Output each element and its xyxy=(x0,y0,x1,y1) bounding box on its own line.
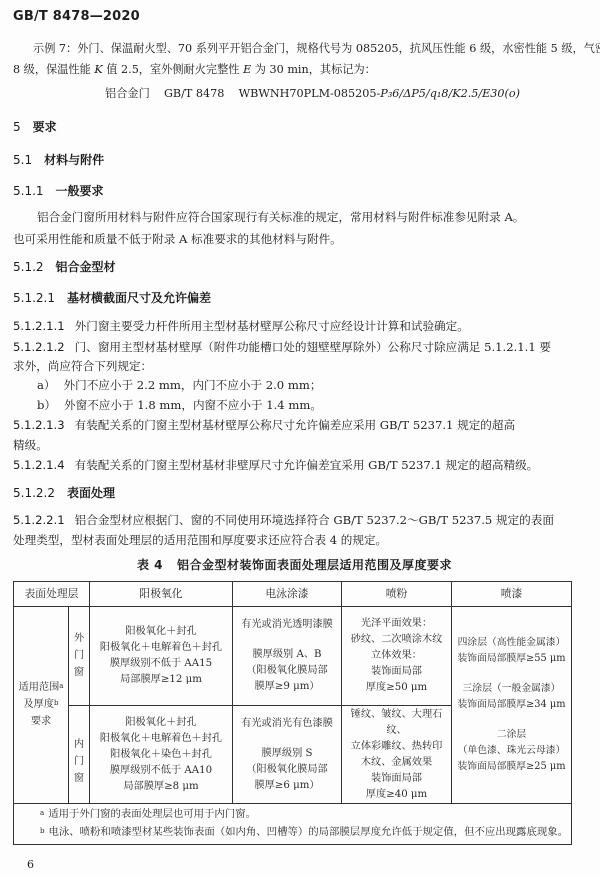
cell-line: 锤纹、皱纹、大理石纹、 xyxy=(342,707,451,739)
header-electrophoretic: 电泳涂漆 xyxy=(233,582,341,606)
cell-line: 装饰面局部膜厚≥34 μm xyxy=(457,697,565,713)
clause-number: 5.1.2.1.4 xyxy=(13,458,65,472)
outer-anodizing-cell: 阳极氧化＋封孔 阳极氧化＋电解着色＋封孔 膜厚级别不低于 AA15 局部膜厚≥1… xyxy=(90,606,232,705)
outer-window-label: 外 门 窗 xyxy=(69,606,89,705)
header-powder: 喷粉 xyxy=(342,582,451,606)
table-4-caption: 表 4铝合金型材装饰面表面处理层适用范围及厚度要求 xyxy=(137,556,452,573)
clause-5-1-2-1-1: 5.1.2.1.1外门窗主要受力杆件所用主型材基材壁厚公称尺寸应经设计计算和试验… xyxy=(13,318,469,334)
cell-line: 膜厚级别 A、B xyxy=(252,647,321,663)
footnote-ref: b xyxy=(54,699,58,707)
standard-id-header: GB/T 8478—2020 xyxy=(13,9,140,24)
example-text: 8 级，保温性能 xyxy=(13,63,94,76)
label-char: 外 xyxy=(74,630,84,647)
label-text: 及厚度 xyxy=(23,699,54,710)
section-title: 铝合金型材 xyxy=(56,260,116,274)
clause-number: 5.1.2.1.1 xyxy=(13,319,65,333)
list-text: 外门不应小于 2.2 mm，内门不应小于 2.0 mm； xyxy=(64,378,322,392)
list-label: a） xyxy=(37,378,56,392)
section-title: 基材横截面尺寸及允许偏差 xyxy=(67,291,211,305)
label-char: 窗 xyxy=(74,770,84,787)
section-number: 5.1.1 xyxy=(13,184,44,198)
header-paint: 喷漆 xyxy=(452,582,571,606)
clause-5-1-2-1-3-line-2: 精级。 xyxy=(13,437,48,453)
cell-line: （阳极氧化膜局部 xyxy=(246,762,328,778)
row-group-label-line: 及厚度b xyxy=(23,696,58,713)
cell-line: 阳极氧化＋电解着色＋封孔 xyxy=(100,640,222,656)
cell-line: 木纹、金属效果 xyxy=(361,755,432,771)
clause-text: 外门窗主要受力杆件所用主型材基材壁厚公称尺寸应经设计计算和试验确定。 xyxy=(75,319,469,333)
section-number: 5 xyxy=(13,120,21,134)
cell-line: 局部膜厚≥12 μm xyxy=(120,672,202,688)
clause-number: 5.1.2.1.3 xyxy=(13,418,65,432)
section-number: 5.1 xyxy=(13,153,32,167)
example-text: 为 30 min，其标记为： xyxy=(251,63,376,76)
section-number: 5.1.2 xyxy=(13,260,44,274)
cell-line: 装饰面局部 xyxy=(371,664,422,680)
example-line-2: 8 级，保温性能 K 值 2.5，室外侧耐火完整性 E 为 30 min，其标记… xyxy=(13,62,376,78)
cell-line: 厚度≥50 μm xyxy=(366,680,427,696)
clause-text: 有装配关系的门窗主型材基材非壁厚尺寸允许偏差宜采用 GB/T 5237.1 规定… xyxy=(75,458,539,472)
cell-line: 膜厚级别不低于 AA10 xyxy=(110,763,212,779)
cell-line: （阳极氧化膜局部 xyxy=(246,663,328,679)
footnote-mark: b xyxy=(40,827,44,835)
section-5-heading: 5要求 xyxy=(13,118,57,135)
clause-5-1-2-1-3: 5.1.2.1.3有装配关系的门窗主型材基材壁厚公称尺寸允许偏差应采用 GB/T… xyxy=(13,417,515,433)
section-5-1-heading: 5.1材料与附件 xyxy=(13,151,104,168)
footnote-ref: a xyxy=(59,682,63,690)
section-5-1-2-heading: 5.1.2铝合金型材 xyxy=(13,258,116,275)
outer-powder-cell: 光泽平面效果： 砂纹、二次喷涂木纹 立体效果： 装饰面局部 厚度≥50 μm xyxy=(342,606,451,705)
label-text: 适用范围 xyxy=(19,682,60,693)
section-title: 表面处理 xyxy=(67,486,115,500)
marking-code: P₃6/ΔP5/q₁8/K2.5/E30(o) xyxy=(380,87,520,100)
var-k: K xyxy=(94,63,102,76)
list-text: 外窗不应小于 1.8 mm，内窗不应小于 1.4 mm。 xyxy=(64,398,322,412)
footnote-b: b电泳、喷粉和喷漆型材某些装饰表面（如内角、凹槽等）的局部膜层厚度允许低于规定值… xyxy=(40,824,568,840)
clause-text: 铝合金型材应根据门、窗的不同使用环境选择符合 GB/T 5237.2～GB/T … xyxy=(75,513,554,527)
section-number: 5.1.2.1 xyxy=(13,291,55,305)
cell-line: 阳极氧化＋封孔 xyxy=(125,624,196,640)
list-label: b） xyxy=(37,398,56,412)
cell-line: 有光或消光透明漆膜 xyxy=(241,617,333,633)
clause-number: 5.1.2.2.1 xyxy=(13,513,65,527)
section-title: 材料与附件 xyxy=(44,153,104,167)
clause-5-1-2-1-2-line-2: 求外，尚应符合下列规定： xyxy=(13,358,152,374)
inner-anodizing-cell: 阳极氧化＋封孔 阳极氧化＋电解着色＋封孔 阳极氧化＋染色＋封孔 膜厚级别不低于 … xyxy=(90,706,232,803)
cell-line: 光泽平面效果： xyxy=(361,616,432,632)
label-text: 要求 xyxy=(31,713,51,730)
cell-line: 装饰面局部膜厚≥55 μm xyxy=(457,651,565,667)
clause-text: 门、窗用主型材基材壁厚（附件功能槽口处的翅壁壁厚除外）公称尺寸除应满足 5.1.… xyxy=(75,340,551,354)
page-number: 6 xyxy=(27,858,34,871)
clause-number: 5.1.2.1.2 xyxy=(13,340,65,354)
footnote-mark: a xyxy=(40,809,44,817)
example-text: 值 2.5，室外侧耐火完整性 xyxy=(103,63,243,76)
row-group-label-line: 适用范围a xyxy=(19,679,64,696)
cell-line: 膜厚≥6 μm） xyxy=(254,778,319,794)
clause-5-1-2-2-1-line-2: 处理类型，型材表面处理层的适用范围和厚度要求还应符合表 4 的规定。 xyxy=(13,532,387,548)
cell-line: 四涂层（高性能金属漆） xyxy=(458,635,566,651)
clause-5-1-2-1-4: 5.1.2.1.4有装配关系的门窗主型材基材非壁厚尺寸允许偏差宜采用 GB/T … xyxy=(13,457,538,473)
label-char: 内 xyxy=(74,736,84,753)
header-surface-treatment: 表面处理层 xyxy=(14,582,89,606)
cell-line: 阳极氧化＋染色＋封孔 xyxy=(110,747,212,763)
clause-5-1-2-2-1: 5.1.2.2.1铝合金型材应根据门、窗的不同使用环境选择符合 GB/T 523… xyxy=(13,512,554,528)
cell-line: 有光或消光有色漆膜 xyxy=(241,716,333,732)
inner-powder-cell: 锤纹、皱纹、大理石纹、 立体彩雕纹、热转印 木纹、金属效果 装饰面局部 厚度≥4… xyxy=(342,706,451,803)
list-item-a: a）外门不应小于 2.2 mm，内门不应小于 2.0 mm； xyxy=(37,377,321,393)
cell-line: 膜厚≥9 μm） xyxy=(254,679,319,695)
section-title: 一般要求 xyxy=(56,184,104,198)
inner-window-label: 内 门 窗 xyxy=(69,706,89,803)
section-title: 要求 xyxy=(33,120,57,134)
label-char: 门 xyxy=(74,753,84,770)
cell-line: 立体彩雕纹、热转印 xyxy=(351,739,443,755)
example-marking: 铝合金门 GB/T 8478 WBWNH70PLM-085205-P₃6/ΔP5… xyxy=(105,86,520,102)
clause-5-1-2-1-2: 5.1.2.1.2门、窗用主型材基材壁厚（附件功能槽口处的翅壁壁厚除外）公称尺寸… xyxy=(13,339,551,355)
cell-line: 装饰面局部 xyxy=(371,771,422,787)
table-number: 表 4 xyxy=(137,558,163,572)
footnote-divider xyxy=(14,803,571,804)
section-number: 5.1.2.2 xyxy=(13,486,55,500)
header-anodizing: 阳极氧化 xyxy=(90,582,232,606)
general-requirement-para-line-2: 也可采用性能和质量不低于附录 A 标准要求的其他材料与附件。 xyxy=(13,231,342,247)
cell-line: 膜厚级别 S xyxy=(262,746,313,762)
cell-line: 阳极氧化＋电解着色＋封孔 xyxy=(100,731,222,747)
marking-prefix: 铝合金门 GB/T 8478 WBWNH70PLM-085205- xyxy=(105,87,380,100)
section-5-1-1-heading: 5.1.1一般要求 xyxy=(13,182,104,199)
list-item-b: b）外窗不应小于 1.8 mm，内窗不应小于 1.4 mm。 xyxy=(37,397,322,413)
cell-line: 二涂层 xyxy=(497,727,526,743)
table-title: 铝合金型材装饰面表面处理层适用范围及厚度要求 xyxy=(177,558,452,572)
row-group-label: 适用范围a 及厚度b 要求 xyxy=(14,606,68,803)
section-5-1-2-1-heading: 5.1.2.1基材横截面尺寸及允许偏差 xyxy=(13,289,211,306)
outer-electrophoretic-cell: 有光或消光透明漆膜 膜厚级别 A、B （阳极氧化膜局部 膜厚≥9 μm） xyxy=(233,606,341,705)
inner-electrophoretic-cell: 有光或消光有色漆膜 膜厚级别 S （阳极氧化膜局部 膜厚≥6 μm） xyxy=(233,706,341,803)
general-requirement-para-line-1: 铝合金门窗所用材料与附件应符合国家现行有关标准的规定，常用材料与附件标准参见附录… xyxy=(37,209,524,225)
cell-line: 阳极氧化＋封孔 xyxy=(125,715,196,731)
footnote-text: 电泳、喷粉和喷漆型材某些装饰表面（如内角、凹槽等）的局部膜层厚度允许低于规定值，… xyxy=(48,826,568,838)
section-5-1-2-2-heading: 5.1.2.2表面处理 xyxy=(13,484,115,501)
footnote-a: a适用于外门窗的表面处理层也可用于内门窗。 xyxy=(40,806,256,822)
cell-line: 立体效果： xyxy=(371,648,422,664)
label-char: 窗 xyxy=(74,664,84,681)
example-line-1: 示例 7：外门、保温耐火型、70 系列平开铝合金门，规格代号为 085205，抗… xyxy=(33,41,600,57)
cell-line: 砂纹、二次喷涂木纹 xyxy=(351,632,443,648)
cell-line: 装饰面局部膜厚≥25 μm xyxy=(457,759,565,775)
footnote-text: 适用于外门窗的表面处理层也可用于内门窗。 xyxy=(48,808,256,820)
paint-cell: 四涂层（高性能金属漆） 装饰面局部膜厚≥55 μm 三涂层（一般金属漆） 装饰面… xyxy=(452,606,571,803)
cell-line: 三涂层（一般金属漆） xyxy=(463,681,561,697)
cell-line: 膜厚级别不低于 AA15 xyxy=(110,656,212,672)
label-char: 门 xyxy=(74,647,84,664)
var-e: E xyxy=(243,63,251,76)
cell-line: 厚度≥40 μm xyxy=(366,787,427,803)
cell-line: 局部膜厚≥8 μm xyxy=(123,779,198,795)
cell-line: （单色漆、珠光云母漆） xyxy=(458,743,566,759)
clause-text: 有装配关系的门窗主型材基材壁厚公称尺寸允许偏差应采用 GB/T 5237.1 规… xyxy=(75,418,515,432)
table-4: 表面处理层 阳极氧化 电泳涂漆 喷粉 喷漆 适用范围a 及厚度b 要求 外 门 … xyxy=(13,581,572,845)
